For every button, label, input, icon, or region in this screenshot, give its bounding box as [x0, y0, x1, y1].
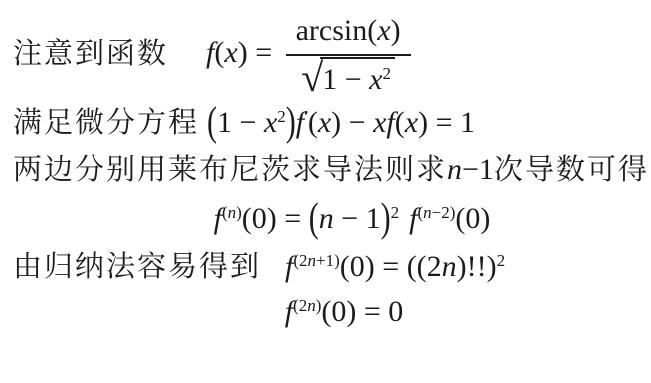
- paren: ): [238, 36, 248, 69]
- paren: (: [367, 14, 377, 47]
- minus-one: − 1: [334, 202, 381, 235]
- line-2: 满足微分方程 (1 − x2)f′(x) − xf(x) = 1: [13, 104, 651, 143]
- line5-label: 由归纳法容易得到: [13, 248, 261, 287]
- exponent: 2: [382, 64, 391, 83]
- formula-differential-equation: (1 − x2)f′(x) − xf(x) = 1: [207, 104, 475, 142]
- var-x: x: [405, 106, 418, 139]
- var-x: x: [369, 63, 382, 96]
- paren: ): [391, 14, 401, 47]
- exponent-2: 2: [497, 251, 506, 270]
- line2-label: 满足微分方程: [13, 104, 199, 143]
- arcsin-function: arcsin: [296, 14, 368, 47]
- equals-sign: =: [375, 250, 407, 283]
- radicand: 1 − x2: [320, 57, 395, 99]
- paren: ): [331, 106, 341, 139]
- paren-2: (2: [293, 296, 307, 315]
- equals-sign: =: [277, 202, 309, 235]
- fraction-denominator: √1 − x2: [295, 57, 401, 99]
- line-3: 两边分别用莱布尼茨求导法则求 n−1 次导数可得: [13, 151, 651, 190]
- plus-1-paren: +1): [316, 251, 340, 270]
- minus-2-paren: −2): [432, 203, 456, 222]
- var-x: x: [318, 106, 331, 139]
- fraction: arcsin(x)√1 − x2: [286, 12, 411, 98]
- math-note-document: 注意到函数 f(x) = arcsin(x)√1 − x2 满足微分方程 (1 …: [0, 0, 651, 383]
- paren-big: ): [381, 192, 391, 244]
- derivative-order-n-minus-2: (n−2): [417, 203, 455, 222]
- fraction-numerator: arcsin(x): [286, 12, 411, 52]
- paren-2: (2: [293, 251, 307, 270]
- argument-zero-equals-zero: (0): [321, 295, 356, 328]
- equals-zero: = 0: [356, 295, 403, 328]
- var-n: n: [228, 203, 237, 222]
- formula-odd-derivative: f(2n+1)(0) = ((2n)!!)2: [285, 248, 505, 286]
- paren: ): [418, 106, 428, 139]
- inline-n-minus-1: n−1: [447, 151, 494, 189]
- var-f: f: [386, 106, 394, 139]
- paren-big: (: [207, 96, 217, 148]
- var-n: n: [447, 153, 462, 186]
- double-factorial-open: ((2: [407, 250, 442, 283]
- radical-sign: √: [301, 58, 323, 98]
- term-text: 1 −: [217, 106, 264, 139]
- exponent-2: 2: [391, 203, 400, 222]
- var-f: f: [409, 202, 417, 235]
- paren: (: [308, 106, 318, 139]
- var-x: x: [224, 36, 237, 69]
- var-f: f: [296, 106, 304, 139]
- double-factorial-close: )!!): [457, 250, 497, 283]
- line-1: 注意到函数 f(x) = arcsin(x)√1 − x2: [13, 12, 651, 98]
- minus-one: −1: [462, 153, 494, 186]
- paren-big: (: [309, 192, 319, 244]
- derivative-order-2n-plus-1: (2n+1): [293, 251, 339, 270]
- formula-even-derivative: f(2n)(0) = 0: [285, 293, 404, 331]
- equals-sign: =: [248, 36, 280, 69]
- argument-zero: (0): [455, 202, 490, 235]
- line-5: 由归纳法容易得到 f(2n+1)(0) = ((2n)!!)2: [13, 248, 651, 287]
- paren: (: [395, 106, 405, 139]
- var-n: n: [307, 296, 316, 315]
- formula-recurrence: f(n)(0) = (n − 1)2f(n−2)(0): [214, 200, 491, 238]
- derivative-order-2n: (2n): [293, 296, 321, 315]
- paren: (: [214, 36, 224, 69]
- var-x: x: [264, 106, 277, 139]
- line-4: f(n)(0) = (n − 1)2f(n−2)(0): [13, 200, 651, 238]
- paren-big: ): [286, 96, 296, 148]
- argument-zero: (0): [242, 202, 277, 235]
- line3-text-pre: 两边分别用莱布尼茨求导法则求: [13, 151, 447, 190]
- var-n: n: [308, 251, 317, 270]
- equals-one: = 1: [428, 106, 475, 139]
- exponent: 2: [277, 107, 286, 126]
- var-x: x: [377, 14, 390, 47]
- radicand-text: 1 −: [322, 63, 369, 96]
- line-6: f(2n)(0) = 0: [13, 293, 651, 331]
- minus-sign: −: [341, 106, 373, 139]
- var-n: n: [423, 203, 432, 222]
- derivative-order-n: (n): [222, 203, 242, 222]
- formula-fx-definition: f(x) = arcsin(x)√1 − x2: [206, 12, 411, 98]
- var-n: n: [442, 250, 457, 283]
- line1-label: 注意到函数: [13, 35, 168, 74]
- var-x: x: [373, 106, 386, 139]
- line3-text-post: 次导数可得: [494, 151, 649, 190]
- argument-zero: (0): [340, 250, 375, 283]
- var-n: n: [319, 202, 334, 235]
